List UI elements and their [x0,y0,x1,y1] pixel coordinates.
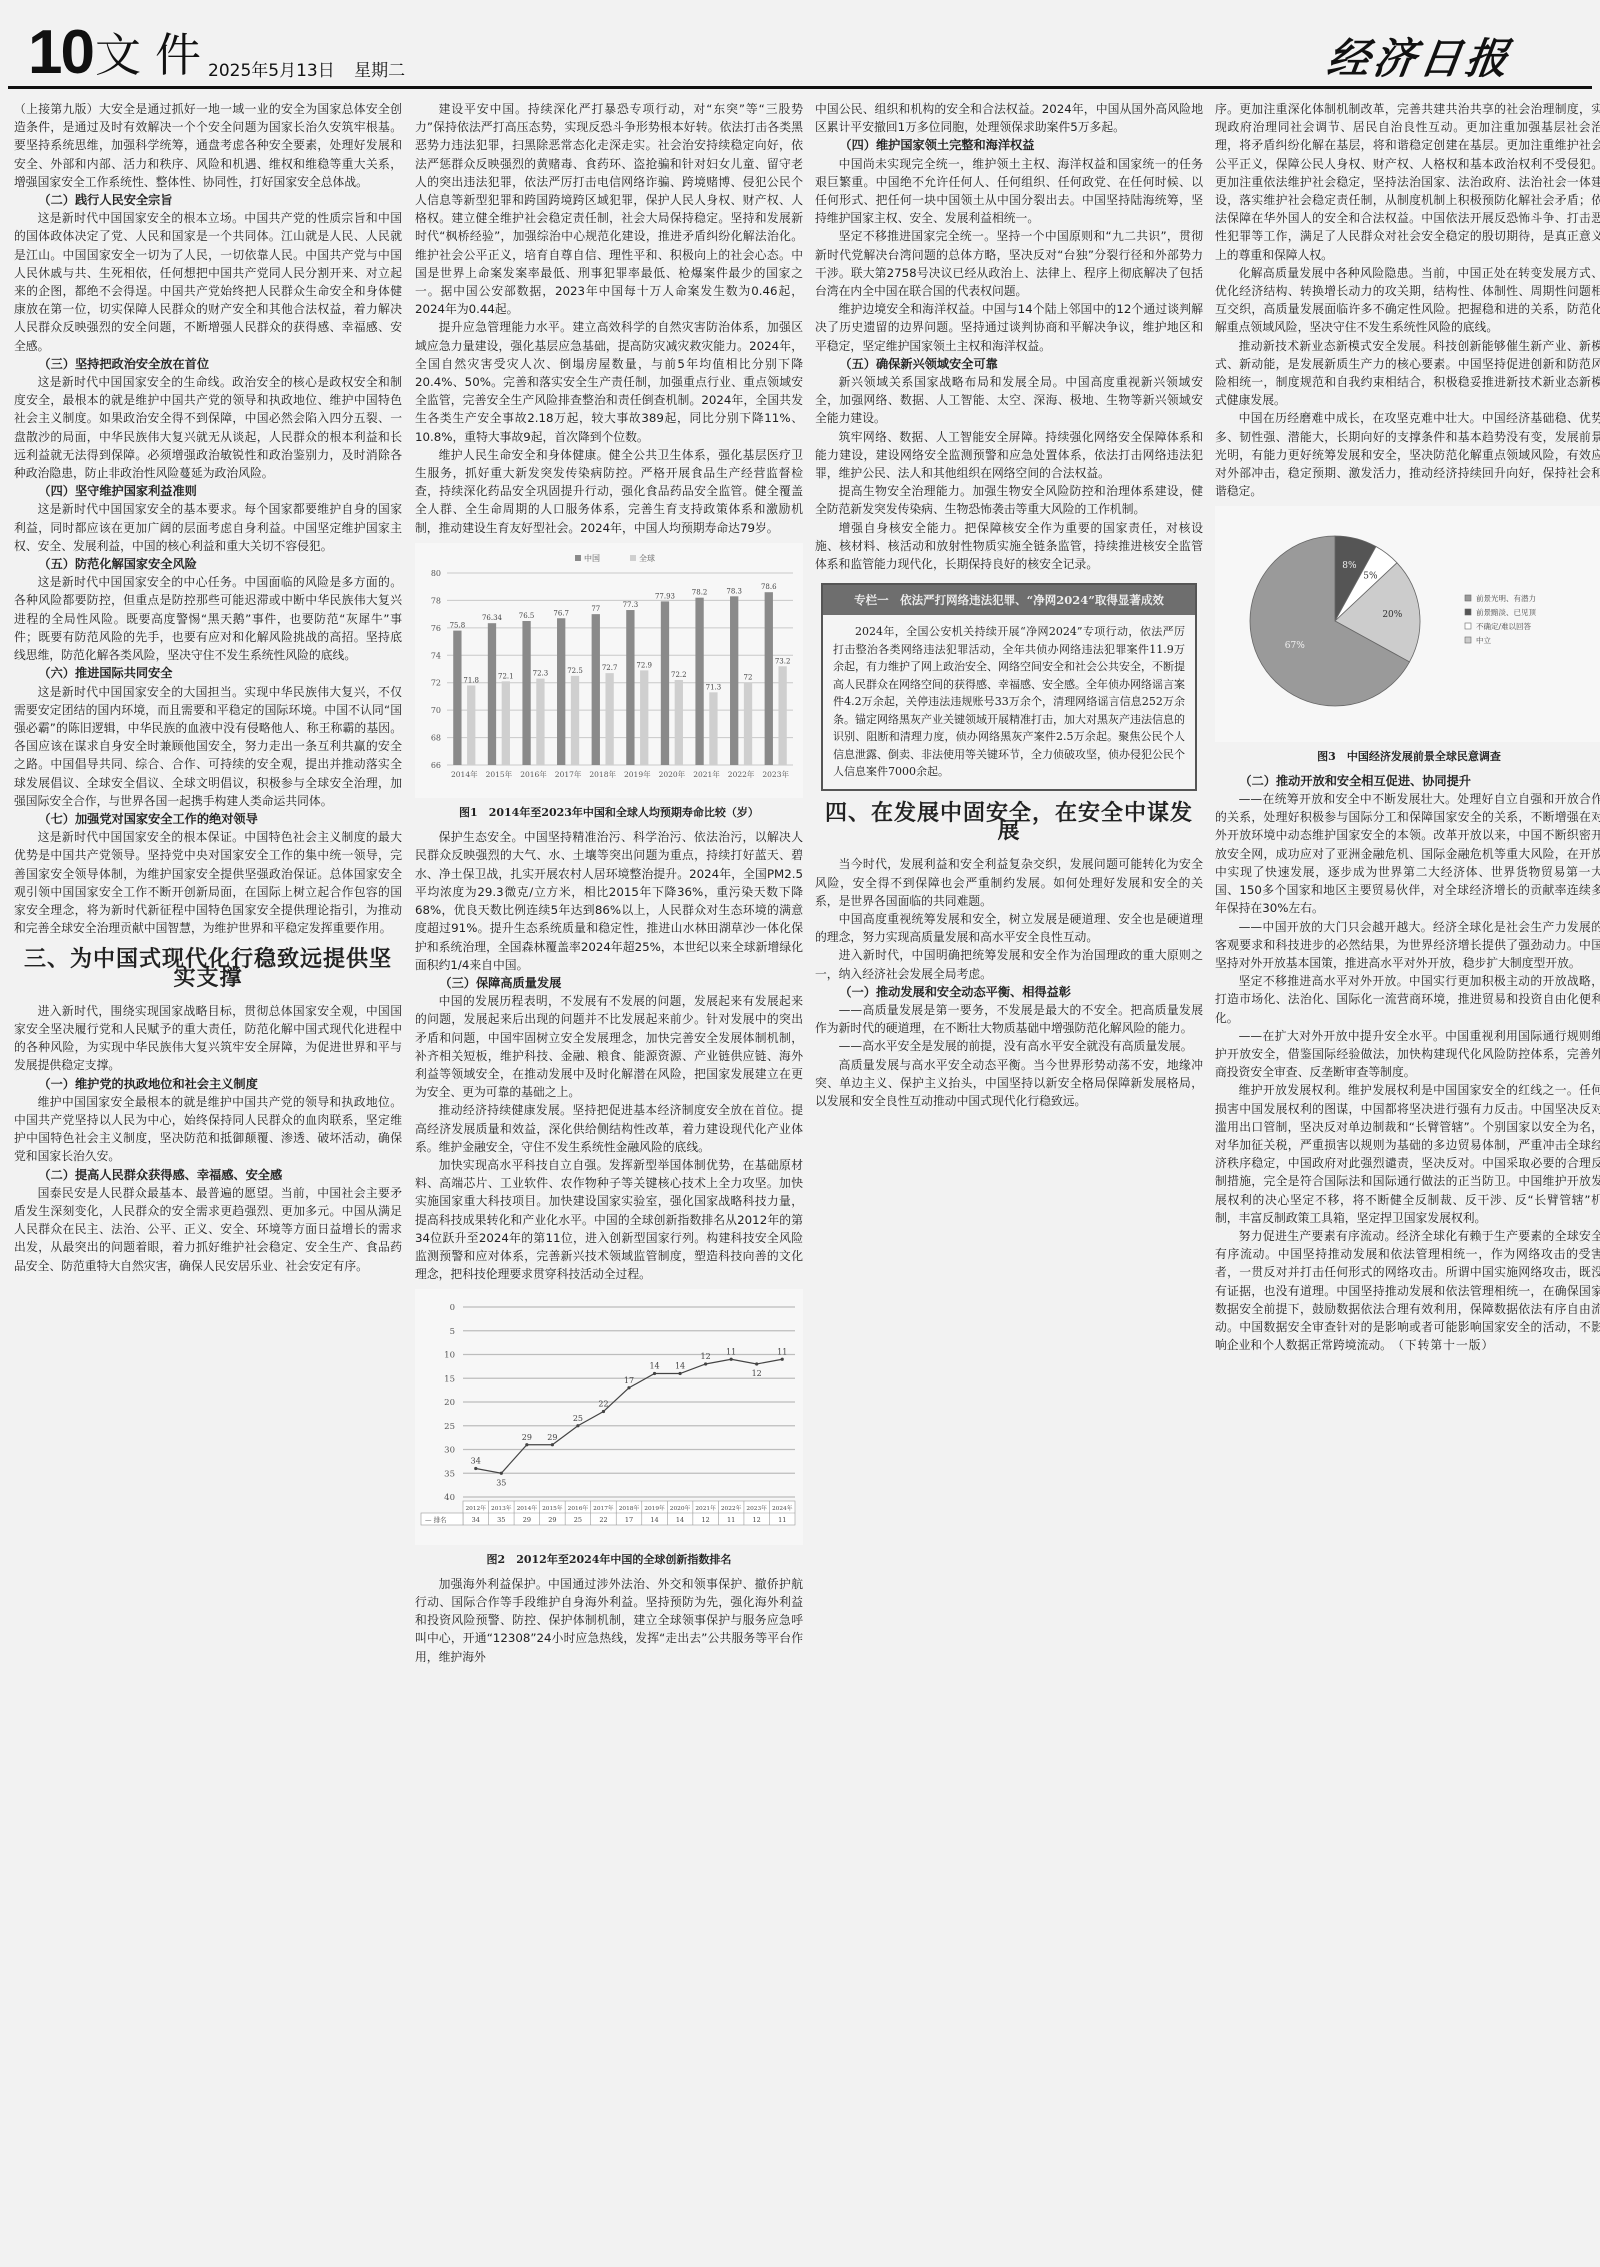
svg-text:2020年: 2020年 [659,769,686,779]
svg-text:5%: 5% [1363,572,1378,582]
svg-text:25: 25 [573,1414,583,1423]
sidebar-box: 专栏一 依法严打网络违法犯罪、“净网2024”取得显著成效 2024年，全国公安… [821,583,1197,791]
svg-text:29: 29 [548,1516,556,1524]
paragraph: 这是新时代中国国家安全的根本保证。中国特色社会主义制度的最大优势是中国共产党领导… [14,828,402,937]
svg-text:17: 17 [624,1376,634,1385]
svg-text:75.8: 75.8 [450,621,466,629]
svg-text:前景黯淡、已见顶: 前景黯淡、已见顶 [1476,607,1536,617]
paragraph: 维护边境安全和海洋权益。中国与14个陆上邻国中的12个通过谈判解决了历史遗留的边… [815,300,1203,355]
subheading: （七）加强党对国家安全工作的绝对领导 [14,810,402,828]
svg-text:11: 11 [726,1348,736,1357]
svg-text:12: 12 [701,1516,709,1524]
svg-text:74: 74 [431,651,441,660]
paragraph: ——高水平安全是发展的前提，没有高水平安全就没有高质量发展。 [815,1037,1203,1055]
column-1: （上接第九版）大安全是通过抓好一地一域一业的安全为国家总体安全创造条件，是通过及… [14,100,402,1275]
issue-weekday: 星期二 [354,61,405,81]
subheading: （三）保障高质量发展 [415,974,803,992]
svg-text:2024年: 2024年 [772,1504,793,1512]
subheading: （五）防范化解国家安全风险 [14,555,402,573]
sidebar-title: 专栏一 依法严打网络违法犯罪、“净网2024”取得显著成效 [823,585,1195,615]
paragraph: 坚定不移推进高水平对外开放。中国实行更加积极主动的开放战略，打造市场化、法治化、… [1215,972,1600,1027]
svg-text:67%: 67% [1285,641,1305,651]
svg-text:35: 35 [444,1470,455,1480]
paragraph: 推动经济持续健康发展。坚持把促进基本经济制度安全放在首位。提高经济发展质量和效益… [415,1101,803,1156]
paragraph: 努力促进生产要素有序流动。经济全球化有赖于生产要素的全球安全有序流动。中国坚持推… [1215,1227,1600,1354]
svg-text:2016年: 2016年 [568,1504,589,1512]
svg-text:70: 70 [431,706,441,715]
outlook-survey-pie: 8%5%20%67%前景光明、有潜力前景黯淡、已见顶不确定/难以回答中立 [1215,506,1600,736]
subheading: （二）推动开放和安全相互促进、协同提升 [1215,772,1600,790]
svg-text:76: 76 [431,624,441,633]
svg-text:14: 14 [676,1516,684,1524]
column-3: 中国公民、组织和机构的安全和合法权益。2024年，中国从国外高风险地区累计平安撤… [815,100,1203,1110]
svg-text:73.2: 73.2 [775,657,791,665]
svg-text:72.1: 72.1 [498,672,514,680]
paragraph: 加快实现高水平科技自立自强。发挥新型举国体制优势，在基础原材料、高端芯片、工业软… [415,1156,803,1283]
svg-text:30: 30 [444,1446,455,1456]
paragraph: 这是新时代中国国家安全的根本立场。中国共产党的性质宗旨和中国的国体政体决定了党、… [14,209,402,355]
section-heading-3: 三、为中国式现代化行稳致远提供坚实支撑 [14,951,402,987]
svg-text:77: 77 [591,605,600,613]
svg-text:72: 72 [744,674,753,682]
svg-text:2014年: 2014年 [517,1504,538,1512]
svg-text:35: 35 [496,1479,506,1488]
paragraph: 维护开放发展权利。维护发展权利是中国国家安全的红线之一。任何损害中国发展权利的图… [1215,1081,1600,1227]
svg-text:66: 66 [431,761,441,770]
svg-text:全球: 全球 [639,553,655,563]
svg-text:2015年: 2015年 [486,769,513,779]
paragraph: 进入新时代，围绕实现国家战略目标，贯彻总体国家安全观，中国国家安全坚决履行党和人… [14,1002,402,1075]
svg-text:2017年: 2017年 [593,1504,614,1512]
subheading: （四）维护国家领土完整和海洋权益 [815,136,1203,154]
paragraph: 提高生物安全治理能力。加强生物安全风险防控和治理体系建设，健全防范新发突发传染病… [815,482,1203,518]
svg-text:2022年: 2022年 [721,1504,742,1512]
svg-text:14: 14 [650,1516,658,1524]
svg-text:71.3: 71.3 [706,683,722,691]
paragraph: 维护中国国家安全最根本的就是维护中国共产党的领导和执政地位。中国共产党坚持以人民… [14,1093,402,1166]
continued-to-note: （下转第十一版） [1398,1338,1494,1352]
newspaper-logo: 经济日报 [1324,26,1516,86]
sidebar-paragraph: 2024年，全国公安机关持续开展“净网2024”专项行动，依法严厉打击整治各类网… [833,623,1185,781]
column-4: 序。更加注重深化体制机制改革，完善共建共治共享的社会治理制度，实现政府治理同社会… [1215,100,1600,1354]
svg-text:77.93: 77.93 [655,592,675,600]
svg-text:— 排名: — 排名 [425,1515,447,1524]
svg-text:22: 22 [598,1400,608,1409]
svg-text:68: 68 [431,733,441,742]
svg-text:2018年: 2018年 [589,769,616,779]
svg-text:2023年: 2023年 [746,1504,767,1512]
figure-3-caption: 图3 中国经济发展前景全球民意调查 [1215,748,1600,766]
svg-text:5: 5 [450,1327,455,1337]
svg-text:72.5: 72.5 [567,667,583,675]
paragraph: 进入新时代，中国明确把统筹发展和安全作为治国理政的重大原则之一，纳入经济社会发展… [815,946,1203,982]
sidebar-body: 2024年，全国公安机关持续开展“净网2024”专项行动，依法严厉打击整治各类网… [823,615,1195,789]
date-line: 2025年5月13日 星期二 [208,56,419,81]
svg-text:2019年: 2019年 [624,769,651,779]
issue-date: 2025年5月13日 [208,61,335,81]
subheading: （二）提高人民群众获得感、幸福感、安全感 [14,1166,402,1184]
subheading: （二）践行人民安全宗旨 [14,191,402,209]
svg-text:2013年: 2013年 [491,1504,512,1512]
section-name: 文件 [95,28,215,82]
svg-text:78.3: 78.3 [726,587,742,595]
svg-text:2012年: 2012年 [465,1504,486,1512]
paragraph: 中国高度重视统筹发展和安全，树立发展是硬道理、安全也是硬道理的理念，努力实现高质… [815,910,1203,946]
figure-1-bar-chart: 666870727476788075.871.82014年76.3472.120… [415,543,803,798]
svg-text:前景光明、有潜力: 前景光明、有潜力 [1476,593,1536,603]
continued-from-note: （上接第九版） [14,102,99,116]
svg-text:76.7: 76.7 [553,609,569,617]
svg-text:29: 29 [523,1516,531,1524]
figure-2-caption: 图2 2012年至2024年中国的全球创新指数排名 [415,1551,803,1569]
subheading: （六）推进国际共同安全 [14,664,402,682]
svg-text:2017年: 2017年 [555,769,582,779]
svg-text:22: 22 [599,1516,607,1524]
subheading: （一）推动发展和安全动态平衡、相得益彰 [815,983,1203,1001]
svg-text:2023年: 2023年 [762,769,789,779]
paragraph: 这是新时代中国国家安全的基本要求。每个国家都要维护自身的国家利益，同时都应该在更… [14,500,402,555]
paragraph: 中国公民、组织和机构的安全和合法权益。2024年，中国从国外高风险地区累计平安撤… [815,100,1203,136]
svg-text:20%: 20% [1382,610,1402,620]
paragraph: （上接第九版）大安全是通过抓好一地一域一业的安全为国家总体安全创造条件，是通过及… [14,100,402,191]
paragraph: ——在扩大对外开放中提升安全水平。中国重视利用国际通行规则维护开放安全，借鉴国际… [1215,1027,1600,1082]
svg-text:34: 34 [472,1516,480,1524]
svg-text:76.5: 76.5 [519,612,535,620]
svg-text:12: 12 [752,1369,762,1378]
svg-text:72.9: 72.9 [636,661,652,669]
svg-text:25: 25 [444,1422,455,1432]
paragraph: 这是新时代中国国家安全的大国担当。实现中华民族伟大复兴，不仅需要安定团结的国内环… [14,683,402,810]
section-heading-4: 四、在发展中固安全，在安全中谋发展 [815,805,1203,841]
figure-3-pie-chart: 8%5%20%67%前景光明、有潜力前景黯淡、已见顶不确定/难以回答中立 [1215,506,1600,741]
svg-text:71.8: 71.8 [463,676,479,684]
svg-text:12: 12 [701,1352,711,1361]
svg-text:29: 29 [522,1433,532,1442]
svg-text:40: 40 [444,1493,455,1503]
svg-text:11: 11 [777,1348,787,1357]
figure-2-line-chart: 0510152025303540343529292522171414121112… [415,1289,803,1544]
paragraph: 序。更加注重深化体制机制改革，完善共建共治共享的社会治理制度，实现政府治理同社会… [1215,100,1600,264]
svg-text:78.6: 78.6 [761,583,777,591]
svg-text:中国: 中国 [584,553,600,563]
life-expectancy-chart: 666870727476788075.871.82014年76.3472.120… [415,543,803,793]
svg-text:17: 17 [625,1516,633,1524]
paragraph: 国泰民安是人民群众最基本、最普遍的愿望。当前，中国社会主要矛盾发生深刻变化，人民… [14,1184,402,1275]
svg-text:0: 0 [450,1303,455,1313]
svg-text:不确定/难以回答: 不确定/难以回答 [1476,621,1532,631]
paragraph: 保护生态安全。中国坚持精准治污、科学治污、依法治污，以解决人民群众反映强烈的大气… [415,828,803,974]
svg-text:78.2: 78.2 [692,589,708,597]
paragraph: 这是新时代中国国家安全的中心任务。中国面临的风险是多方面的。各种风险都要防控，但… [14,573,402,664]
paragraph: 高质量发展与高水平安全动态平衡。当今世界形势动荡不安，地缘冲突、单边主义、保护主… [815,1056,1203,1111]
svg-text:76.34: 76.34 [482,614,503,622]
svg-text:25: 25 [574,1516,582,1524]
svg-text:72.2: 72.2 [671,671,687,679]
svg-text:2016年: 2016年 [520,769,547,779]
paragraph: 化解高质量发展中各种风险隐患。当前，中国正处在转变发展方式、优化经济结构、转换增… [1215,264,1600,337]
paragraph: 增强自身核安全能力。把保障核安全作为重要的国家责任，对核设施、核材料、核活动和放… [815,519,1203,574]
svg-text:14: 14 [649,1362,659,1371]
innovation-index-chart: 0510152025303540343529292522171414121112… [415,1289,803,1539]
paragraph: 建设平安中国。持续深化严打暴恐专项行动，对“东突”等“三股势力”保持依法严打高压… [415,100,803,318]
paragraph: 中国尚未实现完全统一，维护领土主权、海洋权益和国家统一的任务艰巨繁重。中国绝不允… [815,155,1203,228]
paragraph: 提升应急管理能力水平。建立高效科学的自然灾害防治体系，加强区域应急力量建设，强化… [415,318,803,445]
svg-text:72.3: 72.3 [533,669,549,677]
subheading: （四）坚守维护国家利益准则 [14,482,402,500]
paragraph: 这是新时代中国国家安全的生命线。政治安全的核心是政权安全和制度安全，最根本的就是… [14,373,402,482]
page-number: 10 [28,22,93,84]
svg-text:15: 15 [444,1375,455,1385]
paragraph: 当今时代，发展利益和安全利益复杂交织，发展问题可能转化为安全风险，安全得不到保障… [815,855,1203,910]
svg-text:14: 14 [675,1362,685,1371]
paragraph: 中国的发展历程表明，不发展有不发展的问题，发展起来有发展起来的问题，发展起来后出… [415,992,803,1101]
svg-text:2021年: 2021年 [695,1504,716,1512]
svg-text:2021年: 2021年 [693,769,720,779]
svg-text:2018年: 2018年 [619,1504,640,1512]
svg-text:35: 35 [497,1516,505,1524]
svg-text:11: 11 [727,1516,735,1524]
paragraph: 加强海外利益保护。中国通过涉外法治、外交和领事保护、撤侨护航行动、国际合作等手段… [415,1575,803,1666]
svg-text:2022年: 2022年 [728,769,755,779]
svg-text:29: 29 [547,1433,557,1442]
svg-text:12: 12 [753,1516,761,1524]
svg-text:77.3: 77.3 [623,601,639,609]
svg-text:2020年: 2020年 [670,1504,691,1512]
svg-text:72.7: 72.7 [602,664,618,672]
svg-text:10: 10 [444,1351,455,1361]
figure-1-caption: 图1 2014年至2023年中国和全球人均预期寿命比较（岁） [415,804,803,822]
paragraph: 维护人民生命安全和身体健康。健全公共卫生体系，强化基层医疗卫生服务，抓好重大新发… [415,446,803,537]
column-2: 建设平安中国。持续深化严打暴恐专项行动，对“东突”等“三股势力”保持依法严打高压… [415,100,803,1666]
paragraph: ——在统筹开放和安全中不断发展壮大。处理好自立自强和开放合作的关系，处理好积极参… [1215,790,1600,917]
svg-text:2019年: 2019年 [644,1504,665,1512]
paragraph: 推动新技术新业态新模式安全发展。科技创新能够催生新产业、新模式、新动能，是发展新… [1215,337,1600,410]
paragraph: 坚定不移推进国家完全统一。坚持一个中国原则和“九二共识”，贯彻新时代党解决台湾问… [815,227,1203,300]
svg-text:80: 80 [431,569,441,578]
paragraph: 中国在历经磨难中成长，在攻坚克难中壮大。中国经济基础稳、优势多、韧性强、潜能大，… [1215,409,1600,500]
subheading: （五）确保新兴领域安全可靠 [815,355,1203,373]
svg-text:8%: 8% [1342,561,1357,571]
svg-text:20: 20 [444,1398,455,1408]
paragraph: 新兴领域关系国家战略布局和发展全局。中国高度重视新兴领域安全，加强网络、数据、人… [815,373,1203,428]
svg-text:11: 11 [778,1516,786,1524]
svg-text:中立: 中立 [1476,635,1492,645]
subheading: （一）维护党的执政地位和社会主义制度 [14,1075,402,1093]
subheading: （三）坚持把政治安全放在首位 [14,355,402,373]
paragraph: ——高质量发展是第一要务，不发展是最大的不安全。把高质量发展作为新时代的硬道理，… [815,1001,1203,1037]
masthead: 10 文件 2025年5月13日 星期二 经济日报 [0,0,1600,90]
masthead-rule [8,86,1592,89]
svg-text:34: 34 [471,1457,481,1466]
svg-text:2015年: 2015年 [542,1504,563,1512]
svg-text:72: 72 [431,679,441,688]
svg-text:78: 78 [431,596,441,605]
paragraph: 筑牢网络、数据、人工智能安全屏障。持续强化网络安全保障体系和能力建设，建设网络安… [815,428,1203,483]
svg-text:2014年: 2014年 [451,769,478,779]
paragraph: ——中国开放的大门只会越开越大。经济全球化是社会生产力发展的客观要求和科技进步的… [1215,918,1600,973]
